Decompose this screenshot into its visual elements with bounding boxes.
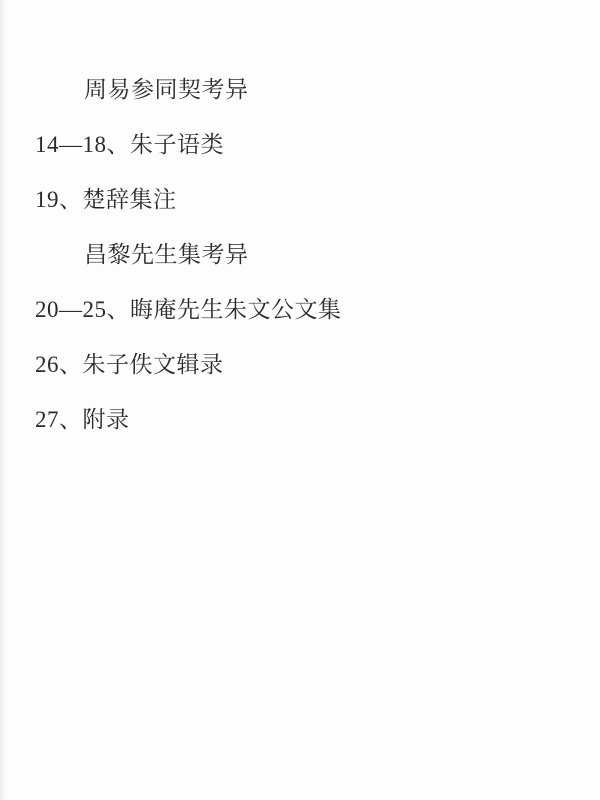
toc-line: 19、楚辞集注 [35,186,580,241]
scan-edge-shadow [0,0,6,800]
toc-line: 昌黎先生集考异 [35,241,580,296]
table-of-contents: 周易参同契考异 14—18、朱子语类 19、楚辞集注 昌黎先生集考异 20—25… [35,76,580,461]
toc-line: 14—18、朱子语类 [35,131,580,186]
toc-line: 周易参同契考异 [35,76,580,131]
toc-line: 26、朱子佚文辑录 [35,351,580,406]
toc-line: 20—25、晦庵先生朱文公文集 [35,296,580,351]
toc-line: 27、附录 [35,406,580,461]
scanned-document-page: 周易参同契考异 14—18、朱子语类 19、楚辞集注 昌黎先生集考异 20—25… [0,0,600,800]
